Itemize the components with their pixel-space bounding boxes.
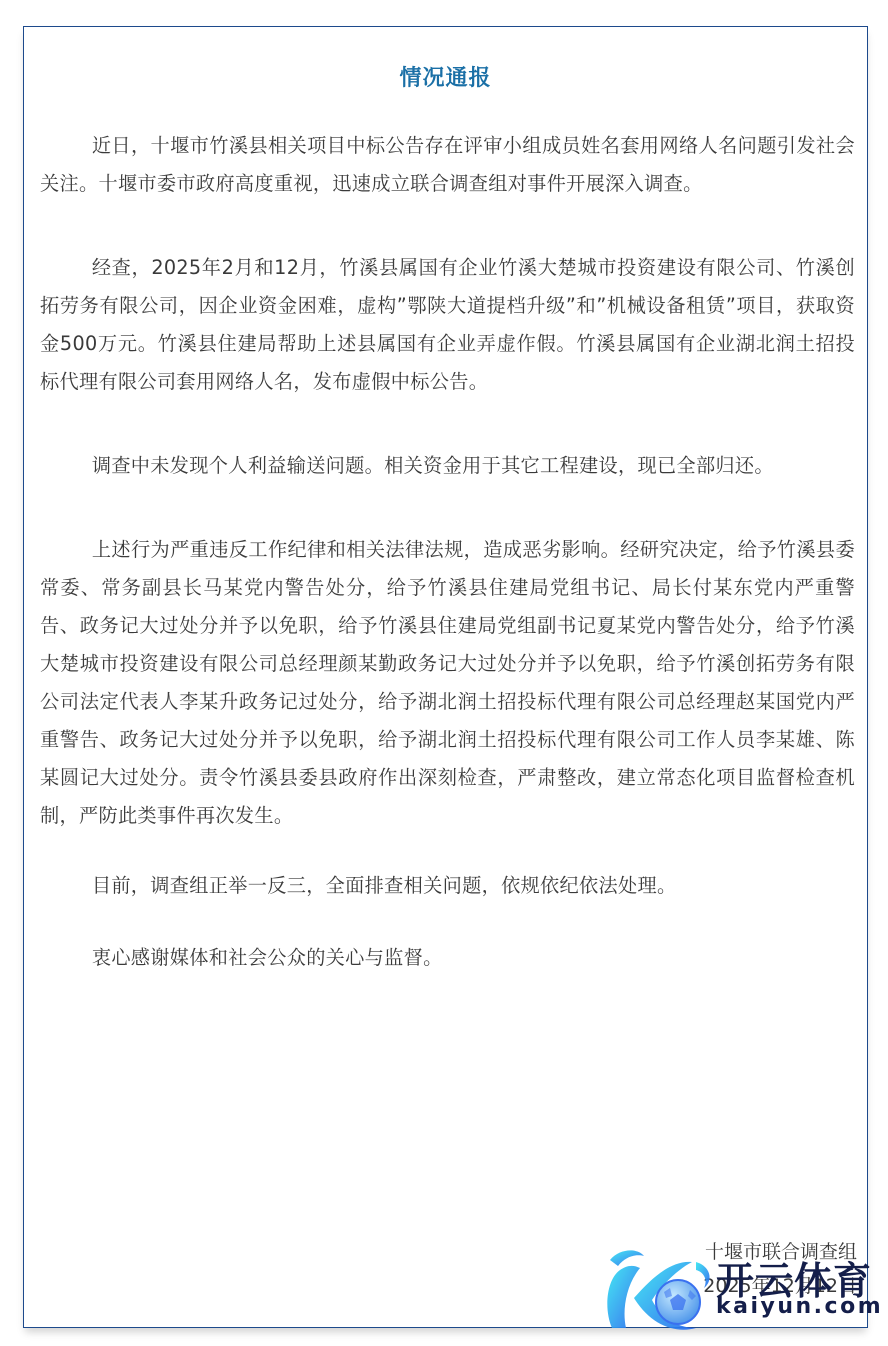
document-title: 情况通报 [24,61,867,92]
paragraph-findings: 经查，2025年2月和12月，竹溪县属国有企业竹溪大楚城市投资建设有限公司、竹溪… [40,249,855,401]
paragraph-ongoing: 目前，调查组正举一反三，全面排查相关问题，依规依纪依法处理。 [40,867,855,905]
signature-org: 十堰市联合调查组 [705,1237,857,1264]
paragraph-thanks: 衷心感谢媒体和社会公众的关心与监督。 [40,939,855,977]
notice-document: 情况通报 近日，十堰市竹溪县相关项目中标公告存在评审小组成员姓名套用网络人名问题… [23,26,868,1328]
paragraph-penalties: 上述行为严重违反工作纪律和相关法律法规，造成恶劣影响。经研究决定，给予竹溪县委常… [40,531,855,835]
document-body: 近日，十堰市竹溪县相关项目中标公告存在评审小组成员姓名套用网络人名问题引发社会关… [40,127,855,977]
signature-date: 2025年12月12日 [703,1271,857,1298]
paragraph-intro: 近日，十堰市竹溪县相关项目中标公告存在评审小组成员姓名套用网络人名问题引发社会关… [40,127,855,203]
paragraph-no-benefit: 调查中未发现个人利益输送问题。相关资金用于其它工程建设，现已全部归还。 [40,447,855,485]
